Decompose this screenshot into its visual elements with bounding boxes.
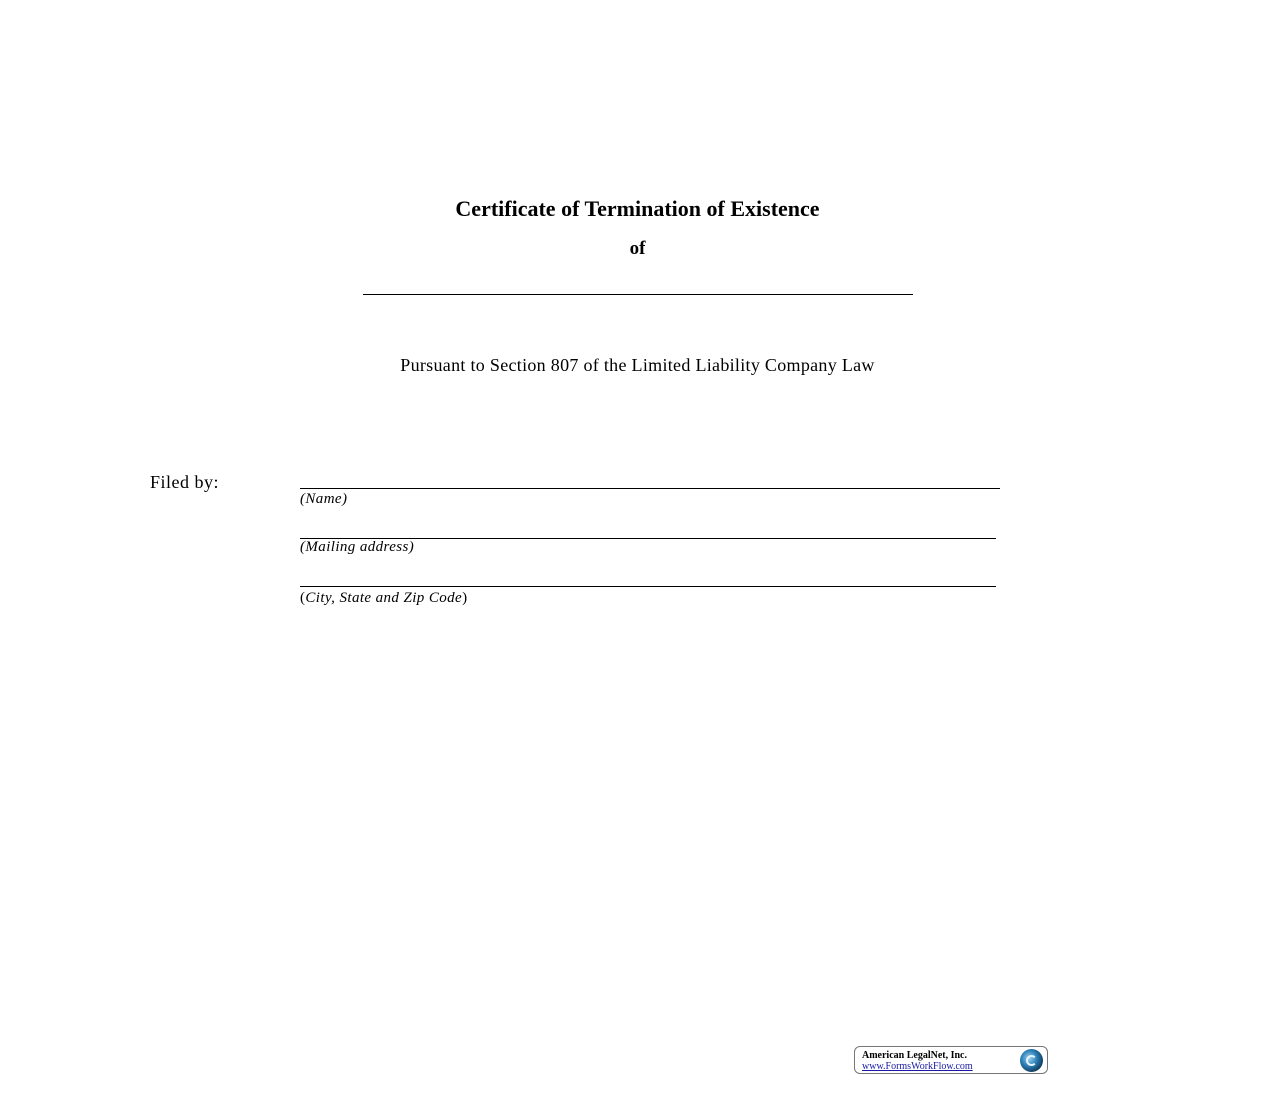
company-name-blank[interactable] bbox=[363, 294, 913, 295]
badge-company-name: American LegalNet, Inc. bbox=[862, 1050, 967, 1061]
filer-city-state-zip-blank[interactable] bbox=[300, 586, 996, 587]
close-paren: ) bbox=[462, 590, 467, 606]
city-state-zip-text: City, State and Zip Code bbox=[305, 590, 462, 606]
filer-name-blank[interactable] bbox=[300, 488, 1000, 489]
of-label: of bbox=[0, 238, 1275, 260]
document-title: Certificate of Termination of Existence bbox=[0, 196, 1275, 222]
american-legalnet-badge[interactable]: American LegalNet, Inc. www.FormsWorkFlo… bbox=[854, 1046, 1048, 1074]
filed-by-label: Filed by: bbox=[150, 472, 219, 493]
badge-url-link[interactable]: www.FormsWorkFlow.com bbox=[862, 1061, 973, 1072]
filer-name-label: (Name) bbox=[300, 491, 347, 508]
filer-city-state-zip-label: (City, State and Zip Code) bbox=[300, 590, 468, 607]
pursuant-statement: Pursuant to Section 807 of the Limited L… bbox=[0, 355, 1275, 376]
filer-mailing-address-label: (Mailing address) bbox=[300, 539, 414, 556]
globe-logo-icon bbox=[1020, 1049, 1043, 1072]
